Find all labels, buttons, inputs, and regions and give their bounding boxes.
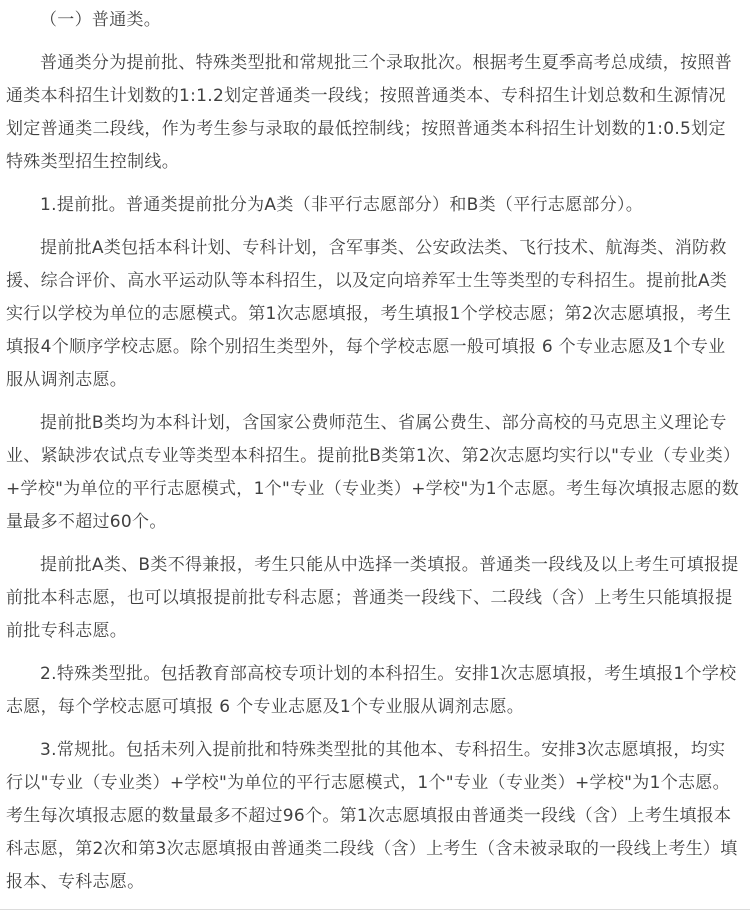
paragraph-advance-batch-ab-rules: 提前批A类、B类不得兼报，考生只能从中选择一类填报。普通类一段线及以上考生可填报… [6, 549, 742, 648]
paragraph-regular-batch: 3.常规批。包括未列入提前批和特殊类型批的其他本、专科招生。安排3次志愿填报，均… [6, 734, 742, 899]
paragraph-advance-batch-a: 提前批A类包括本科计划、专科计划，含军事类、公安政法类、飞行技术、航海类、消防救… [6, 232, 742, 397]
section-heading: （一）普通类。 [6, 4, 742, 37]
paragraph-special-type-batch: 2.特殊类型批。包括教育部高校专项计划的本科招生。安排1次志愿填报，考生填报1个… [6, 658, 742, 724]
paragraph-advance-batch-intro: 1.提前批。普通类提前批分为A类（非平行志愿部分）和B类（平行志愿部分）。 [6, 189, 742, 222]
paragraph-batch-overview: 普通类分为提前批、特殊类型批和常规批三个录取批次。根据考生夏季高考总成绩，按照普… [6, 47, 742, 179]
paragraph-advance-batch-b: 提前批B类均为本科计划，含国家公费师范生、省属公费生、部分高校的马克思主义理论专… [6, 407, 742, 539]
article-body: （一）普通类。 普通类分为提前批、特殊类型批和常规批三个录取批次。根据考生夏季高… [0, 0, 750, 910]
